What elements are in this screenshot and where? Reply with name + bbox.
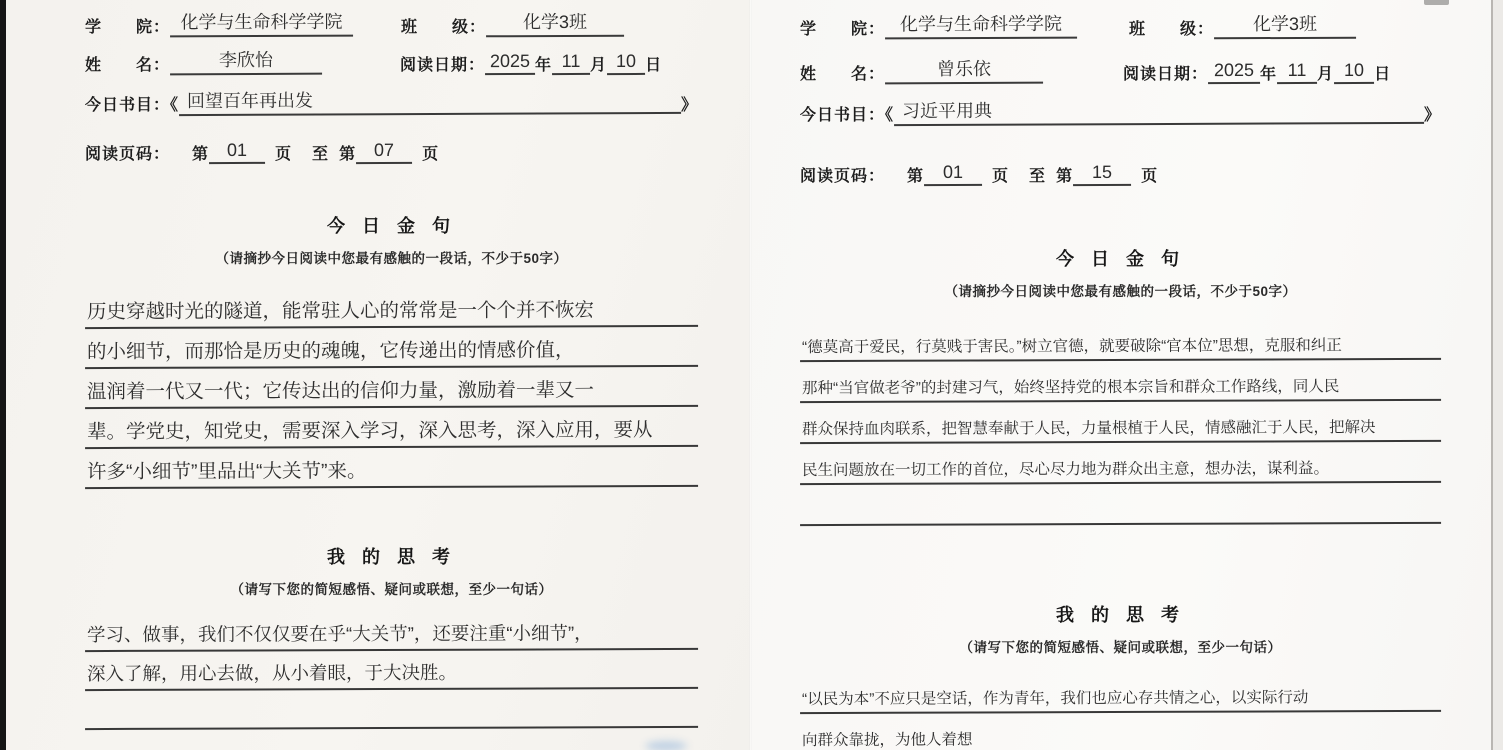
handwritten-line: 学习、做事，我们不仅仅要在乎“大关节”，还要注重“小细节”， — [85, 611, 698, 652]
page-from-field: 01 — [209, 140, 265, 164]
college-field: 化学与生命科学学院 — [170, 8, 353, 38]
page-range-row: 阅读页码： 第 01 页 至 第 07 页 — [85, 140, 698, 164]
handwritten-line: 向群众靠拢，为他人着想 — [800, 712, 1441, 750]
handwritten-line: “德莫高于爱民，行莫贱于害民。”树立官德，就要破除“官本位”思想，克服和纠正 — [800, 319, 1441, 362]
name-field: 李欣怡 — [170, 46, 322, 76]
book-label: 今日书目：《 — [800, 102, 894, 125]
handwritten-line: 群众保持血肉联系，把智慧奉献于人民，力量根植于人民，情感融汇于人民，把解决 — [800, 401, 1441, 444]
date-year-field: 2025 — [485, 51, 535, 75]
month-unit: 月 — [590, 52, 607, 75]
handwritten-line: 民生问题放在一切工作的首位，尽心尽力地为群众出主意，想办法，谋利益。 — [800, 442, 1441, 485]
pages-label: 阅读页码： — [85, 141, 170, 164]
name-label: 姓 名： — [800, 61, 885, 84]
handwritten-line: 历史穿越时光的隧道，能常驻人心的常常是一个个并不恢宏 — [85, 287, 698, 329]
day-unit: 日 — [1374, 61, 1391, 84]
quote-title: 今 日 金 句 — [800, 245, 1441, 271]
scan-artifact-tab — [1424, 0, 1449, 5]
thought-subtitle: （请写下您的简短感悟、疑问或联想，至少一句话） — [85, 578, 698, 598]
year-unit: 年 — [535, 52, 552, 75]
handwritten-line: 许多“小细节”里品出“大关节”来。 — [85, 447, 698, 489]
thought-title: 我 的 思 考 — [85, 543, 698, 569]
blank-line — [800, 483, 1441, 526]
book-label: 今日书目：《 — [85, 92, 179, 115]
scan-edge-margin — [1493, 0, 1503, 750]
date-year-field: 2025 — [1208, 60, 1260, 84]
date-month-field: 11 — [1277, 60, 1317, 84]
book-title-field: 回望百年再出发 — [179, 85, 681, 116]
book-title-field: 习近平用典 — [894, 95, 1424, 126]
date-month-field: 11 — [552, 51, 590, 75]
college-label: 学 院： — [85, 14, 170, 37]
pg-pre: 第 — [192, 141, 209, 164]
pg-mid3: 第 — [339, 141, 356, 164]
scan-edge-black — [0, 0, 6, 750]
pg-post: 页 — [422, 141, 439, 164]
class-label: 班 级： — [1129, 16, 1214, 39]
handwritten-line: 温润着一代又一代；它传达出的信仰力量，激励着一辈又一 — [85, 367, 698, 409]
page-seam — [749, 0, 752, 750]
pg-mid2: 至 — [1029, 163, 1046, 186]
class-field: 化学3班 — [486, 8, 624, 38]
pg-mid2: 至 — [312, 141, 329, 164]
name-date-row: 姓 名： 曾乐依 阅读日期： 2025 年 11 月 10 日 — [800, 55, 1441, 84]
scan-edge-line — [1491, 0, 1493, 750]
book-close-bracket: 》 — [1424, 102, 1441, 125]
quote-title: 今 日 金 句 — [85, 212, 698, 238]
quote-subtitle: （请摘抄今日阅读中您最有感触的一段话，不少于50字） — [85, 247, 698, 267]
book-close-bracket: 》 — [681, 92, 698, 115]
month-unit: 月 — [1317, 61, 1334, 84]
pg-mid1: 页 — [992, 163, 1009, 186]
college-class-row: 学 院： 化学与生命科学学院 班 级： 化学3班 — [800, 10, 1441, 39]
name-label: 姓 名： — [85, 52, 170, 75]
page-to-field: 07 — [356, 140, 412, 164]
pg-mid1: 页 — [275, 141, 292, 164]
college-label: 学 院： — [800, 16, 885, 39]
thought-handwriting: 学习、做事，我们不仅仅要在乎“大关节”，还要注重“小细节”，深入了解，用心去做，… — [85, 612, 698, 729]
blank-line — [85, 689, 698, 730]
thought-subtitle: （请写下您的简短感悟、疑问或联想，至少一句话） — [800, 636, 1441, 656]
pg-post: 页 — [1141, 163, 1158, 186]
book-title-row: 今日书目：《 习近平用典 》 — [800, 96, 1441, 125]
thought-handwriting: “以民为本”不应只是空话，作为青年，我们也应心存共情之心，以实际行动向群众靠拢，… — [800, 672, 1441, 750]
thought-section-header: 我 的 思 考 （请写下您的简短感悟、疑问或联想，至少一句话） — [800, 601, 1441, 656]
handwritten-line: 辈。学党史，知党史，需要深入学习，深入思考，深入应用，要从 — [85, 407, 698, 449]
handwritten-line: 的小细节，而那恰是历史的魂魄，它传递出的情感价值， — [85, 327, 698, 369]
quote-subtitle: （请摘抄今日阅读中您最有感触的一段话，不少于50字） — [800, 280, 1441, 300]
name-date-row: 姓 名： 李欣怡 阅读日期： 2025 年 11 月 10 日 — [85, 46, 698, 75]
date-label: 阅读日期： — [400, 52, 485, 75]
college-class-row: 学 院： 化学与生命科学学院 班 级： 化学3班 — [85, 8, 698, 37]
day-unit: 日 — [645, 52, 662, 75]
class-field: 化学3班 — [1214, 10, 1356, 40]
date-day-field: 10 — [1334, 60, 1374, 84]
page-range-row: 阅读页码： 第 01 页 至 第 15 页 — [800, 162, 1441, 186]
page-from-field: 01 — [924, 162, 982, 186]
quote-handwriting: “德莫高于爱民，行莫贱于害民。”树立官德，就要破除“官本位”思想，克服和纠正那种… — [800, 320, 1441, 525]
page-to-field: 15 — [1073, 162, 1131, 186]
class-label: 班 级： — [401, 14, 486, 37]
thought-section-header: 我 的 思 考 （请写下您的简短感悟、疑问或联想，至少一句话） — [85, 543, 698, 598]
blue-smudge-artifact — [645, 741, 687, 750]
handwritten-line: “以民为本”不应只是空话，作为青年，我们也应心存共情之心，以实际行动 — [800, 671, 1441, 714]
thought-title: 我 的 思 考 — [800, 601, 1441, 627]
quote-handwriting: 历史穿越时光的隧道，能常驻人心的常常是一个个并不恢宏的小细节，而那恰是历史的魂魄… — [85, 288, 698, 488]
pg-pre: 第 — [907, 163, 924, 186]
pg-mid3: 第 — [1056, 163, 1073, 186]
pages-label: 阅读页码： — [800, 163, 885, 186]
handwritten-line: 那种“当官做老爷”的封建习气，始终坚持党的根本宗旨和群众工作路线，同人民 — [800, 360, 1441, 403]
date-day-field: 10 — [607, 51, 645, 75]
year-unit: 年 — [1260, 61, 1277, 84]
book-title-row: 今日书目：《 回望百年再出发 》 — [85, 86, 698, 115]
quote-section-header: 今 日 金 句 （请摘抄今日阅读中您最有感触的一段话，不少于50字） — [800, 245, 1441, 300]
college-field: 化学与生命科学学院 — [885, 10, 1077, 40]
quote-section-header: 今 日 金 句 （请摘抄今日阅读中您最有感触的一段话，不少于50字） — [85, 212, 698, 267]
date-label: 阅读日期： — [1123, 61, 1208, 84]
handwritten-line: 深入了解，用心去做，从小着眼，于大决胜。 — [85, 650, 698, 691]
name-field: 曾乐依 — [885, 55, 1043, 85]
